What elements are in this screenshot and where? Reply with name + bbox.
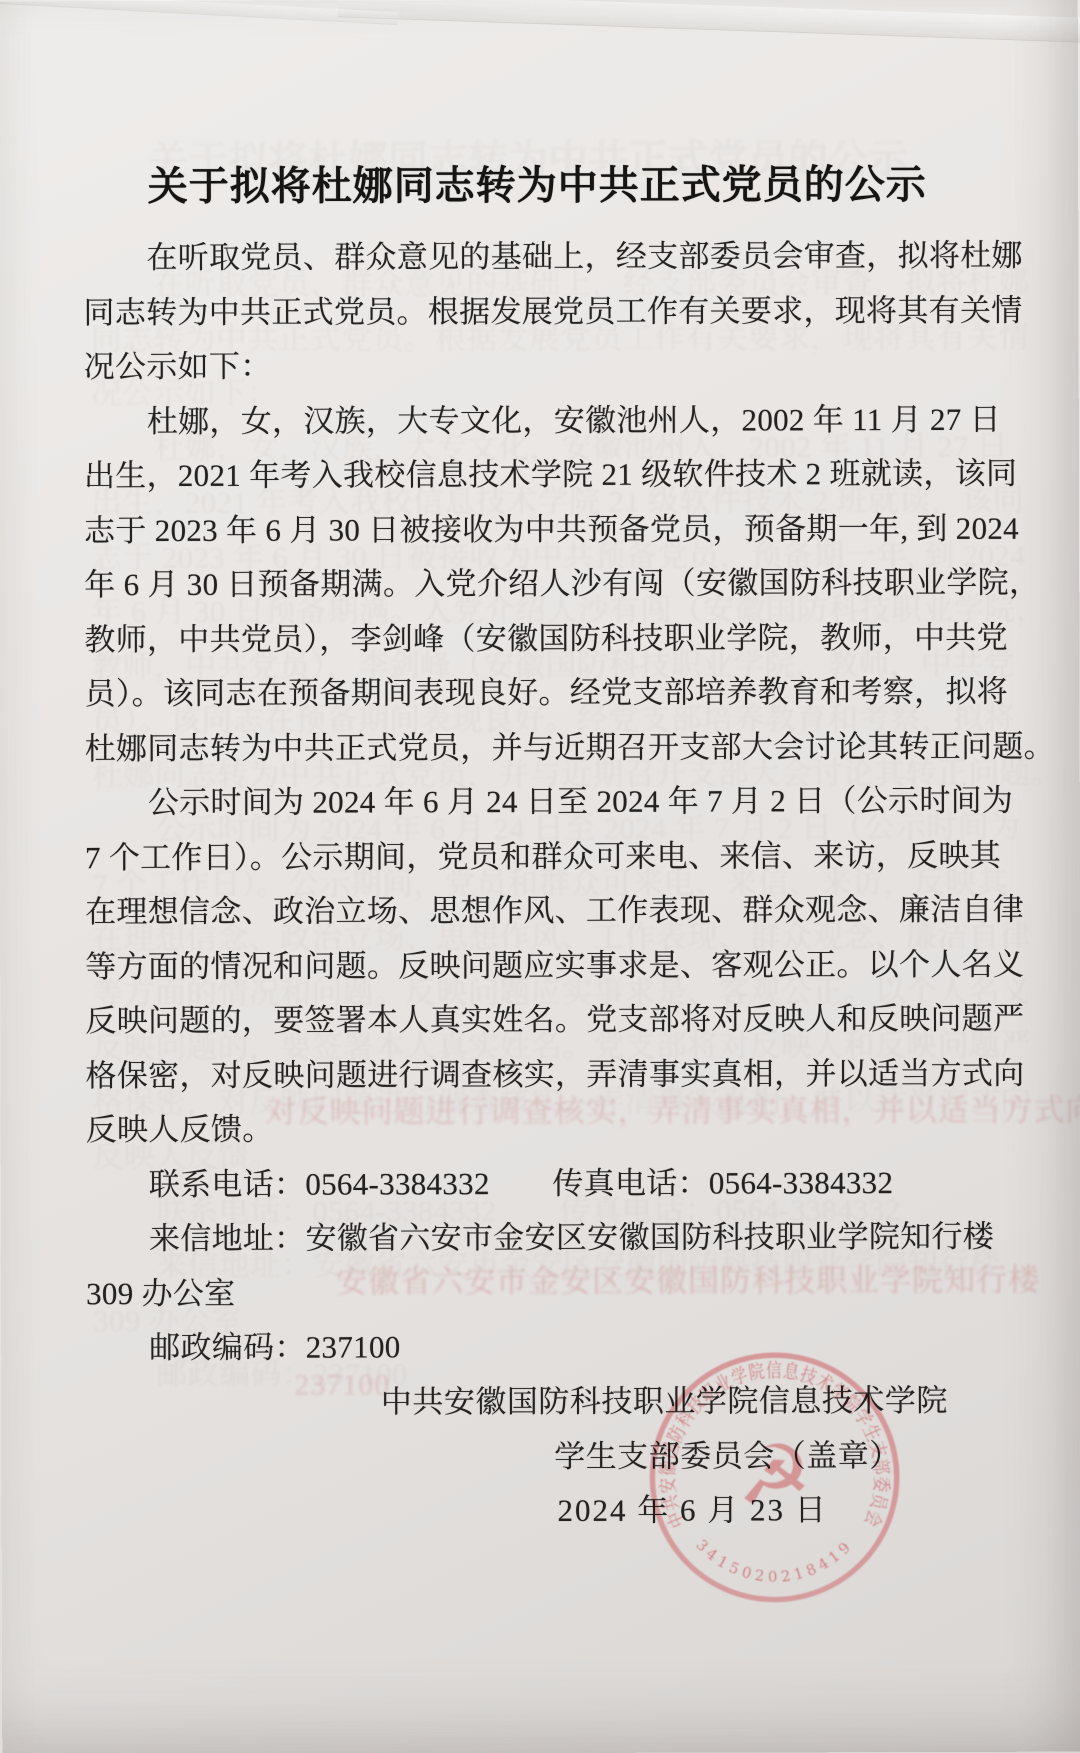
body-line: 公示时间为 2024 年 6 月 24 日至 2024 年 7 月 2 日（公示… <box>85 774 997 831</box>
body-line: 联系电话：0564-3384332 传真电话：0564-3384332 <box>86 1155 998 1212</box>
body-line: 邮政编码：237100 <box>86 1319 998 1376</box>
body-line: 7 个工作日）。公示期间，党员和群众可来电、来信、来访，反映其 <box>85 828 997 885</box>
body-line: 出生，2021 年考入我校信息技术学院 21 级软件技术 2 班就读，该同 <box>84 447 996 504</box>
signature-org-line: 中共安徽国防科技职业学院信息技术学院 <box>210 1373 1080 1430</box>
seal-serial: 3415020218419 <box>692 1536 857 1586</box>
body-line: 反映人反馈。 <box>86 1101 998 1158</box>
page-title: 关于拟将杜娜同志转为中共正式党员的公示 <box>83 159 991 213</box>
body-line: 员）。该同志在预备期间表现良好。经党支部培养教育和考察，拟将 <box>84 665 996 722</box>
body-line: 来信地址：安徽省六安市金安区安徽国防科技职业学院知行楼 <box>86 1210 998 1267</box>
paper-crease <box>338 0 1080 44</box>
signature-date: 2024 年 6 月 23 日 <box>239 1482 1080 1539</box>
body-line: 等方面的情况和问题。反映问题应实事求是、客观公正。以个人名义 <box>85 937 997 994</box>
body-line: 同志转为中共正式党员。根据发展党员工作有关要求，现将其有关情 <box>83 283 995 340</box>
body-line: 在理想信念、政治立场、思想作风、工作表现、群众观念、廉洁自律 <box>85 883 997 940</box>
paper-crease <box>0 0 398 25</box>
body-line: 杜娜，女，汉族，大专文化，安徽池州人，2002 年 11 月 27 日 <box>84 392 996 449</box>
body-line: 反映问题的，要签署本人真实姓名。党支部将对反映人和反映问题严 <box>85 992 997 1049</box>
body-line: 志于 2023 年 6 月 30 日被接收为中共预备党员，预备期一年, 到 20… <box>84 501 996 558</box>
body-line: 格保密，对反映问题进行调查核实，弄清事实真相，并以适当方式向 <box>85 1046 997 1103</box>
body-lines: 在听取党员、群众意见的基础上，经支部委员会审查，拟将杜娜同志转为中共正式党员。根… <box>83 229 998 1376</box>
body-line: 309 办公室 <box>86 1264 998 1321</box>
signature-block: 中共安徽国防科技职业学院信息技术学院 学生支部委员会（盖章） 2024 年 6 … <box>86 1374 994 1540</box>
body-line: 年 6 月 30 日预备期满。入党介绍人沙有闯（安徽国防科技职业学院， <box>84 556 996 613</box>
body-line: 在听取党员、群众意见的基础上，经支部委员会审查，拟将杜娜 <box>83 229 995 286</box>
body-line: 杜娜同志转为中共正式党员，并与近期召开支部大会讨论其转正问题。 <box>85 719 997 776</box>
document-page: 关于拟将杜娜同志转为中共正式党员的公示 在听取党员、群众意见的基础上，经支部委员… <box>0 0 1080 1753</box>
body-line: 教师，中共党员），李剑峰（安徽国防科技职业学院，教师，中共党 <box>84 610 996 667</box>
signature-committee-line: 学生支部委员会（盖章） <box>273 1428 1080 1485</box>
body-line: 况公示如下： <box>84 338 996 395</box>
